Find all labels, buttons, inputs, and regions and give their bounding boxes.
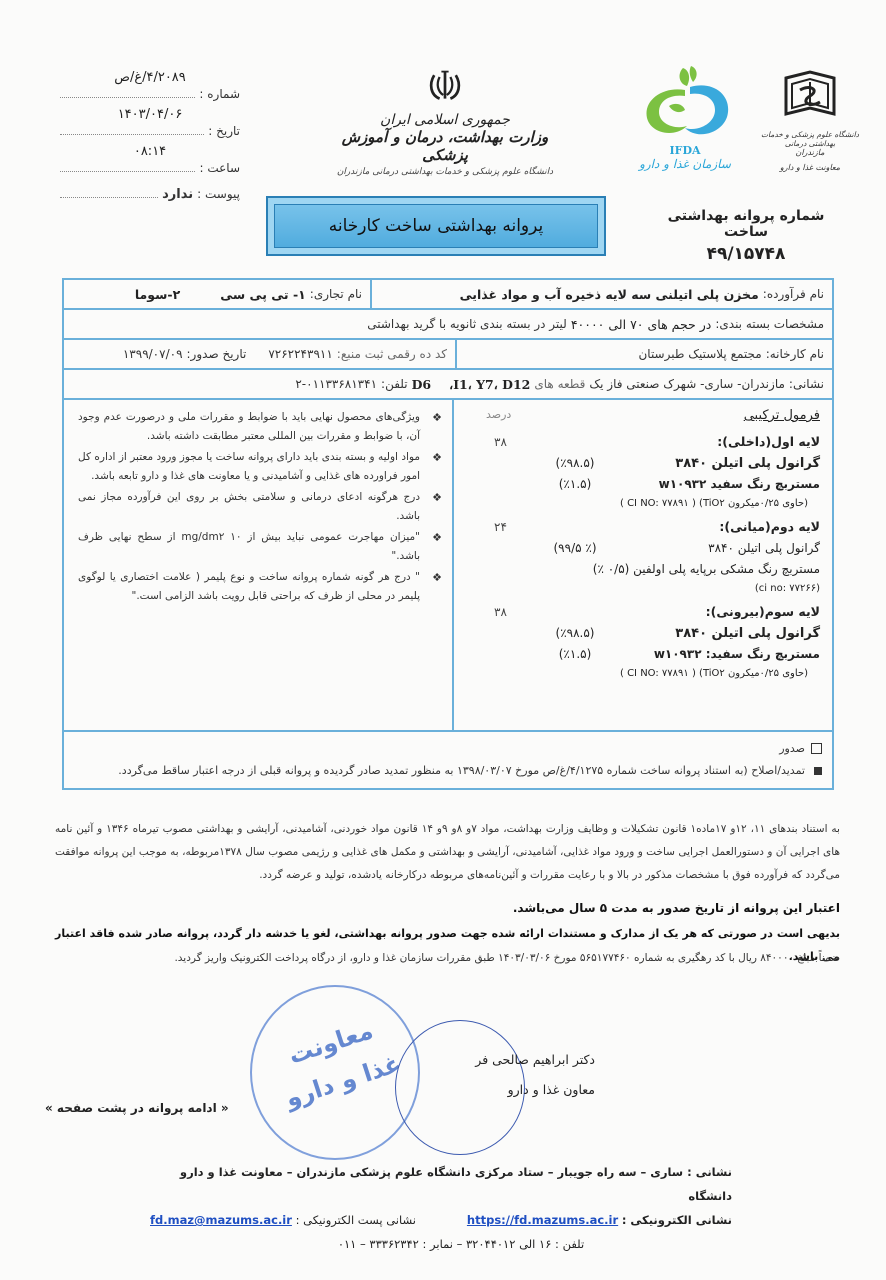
- ingredient-pct: (٪۹۸.۵): [530, 453, 620, 474]
- packaging-cell: مشخصات بسته بندی: در حجم های ۷۰ الی ۴۰۰۰…: [64, 310, 832, 338]
- validity-statement: اعتبار این پروانه از تاریخ صدور به مدت ۵…: [55, 897, 840, 920]
- composition-formula: فرمول ترکیبی درصد لایه اول(داخلی):۳۸ گرا…: [454, 400, 832, 730]
- document-title-box: پروانه بهداشتی ساخت کارخانه: [266, 196, 606, 256]
- diamond-bullet-icon: ❖: [432, 488, 442, 507]
- address-plots-value: I1، Y7، D12،: [449, 377, 530, 392]
- email-link[interactable]: fd.maz@mazums.ac.ir: [150, 1213, 292, 1227]
- layer-middle: لایه دوم(میانی):۲۴ گرانول پلی اتیلن ۳۸۴۰…: [466, 516, 820, 598]
- website-label: نشانی الکترونیکی :: [622, 1213, 732, 1227]
- checked-checkbox-icon: [814, 767, 822, 775]
- diamond-bullet-icon: ❖: [432, 448, 442, 467]
- phone-label: تلفن:: [381, 377, 408, 391]
- brand-value-1: ۱- تی پی سی: [220, 287, 306, 302]
- university-logo-icon: [782, 68, 838, 124]
- formula-and-rules-row: فرمول ترکیبی درصد لایه اول(داخلی):۳۸ گرا…: [64, 400, 832, 732]
- rule-item: ❖" درج هر گونه شماره پروانه ساخت و نوع پ…: [78, 568, 442, 606]
- university-province: مازندران: [760, 148, 860, 157]
- status-option-renewal: تمدید/اصلاح (به استناد پروانه ساخت شماره…: [74, 760, 822, 782]
- continue-note: « ادامه پروانه در پشت صفحه »: [45, 1101, 229, 1115]
- rule-item: ❖مواد اولیه و بسته بندی باید دارای پروان…: [78, 448, 442, 486]
- letter-date-label: تاریخ :: [208, 124, 240, 138]
- layer-share: ۳۸: [494, 602, 507, 623]
- ingredient-pct: (٪۱.۵): [530, 644, 620, 665]
- rule-item: ❖ویژگی‌های محصول نهایی باید با ضوابط و م…: [78, 408, 442, 446]
- footer-address: نشانی : ساری – سه راه جویبار – ستاد مرکز…: [150, 1160, 732, 1208]
- ingredient-pct: (٪۹۸.۵): [530, 623, 620, 644]
- address-plots-label: قطعه های: [534, 377, 585, 391]
- source-code-cell: کد ده رقمی ثبت منبع: ۷۲۶۲۲۴۳۹۱۱ تاریخ صد…: [64, 340, 457, 368]
- packaging-row: مشخصات بسته بندی: در حجم های ۷۰ الی ۴۰۰۰…: [64, 310, 832, 340]
- rule-item: ❖درج هرگونه ادعای درمانی و سلامتی بخش بر…: [78, 488, 442, 526]
- diamond-bullet-icon: ❖: [432, 568, 442, 587]
- signatory: دکتر ابراهیم صالحی فر معاون غذا و دارو: [395, 1045, 595, 1105]
- attachment-label: پیوست :: [197, 187, 240, 201]
- factory-row: نام کارخانه: مجتمع پلاستیک طبرستان کد ده…: [64, 340, 832, 370]
- letter-date-value: ۱۴۰۳/۰۴/۰۶: [60, 107, 240, 122]
- brand-cell: نام تجاری: ۱- تی پی سی ۲-سوما: [64, 280, 372, 308]
- letter-number-label: شماره :: [199, 87, 240, 101]
- license-number-value: ۴۹/۱۵۷۴۸: [646, 244, 846, 264]
- factory-cell: نام کارخانه: مجتمع پلاستیک طبرستان: [457, 340, 832, 368]
- university-name: دانشگاه علوم پزشکی و خدمات بهداشتی درمان…: [760, 130, 860, 148]
- ifda-logo-icon: [635, 62, 735, 140]
- regulation-rules-list: ❖ویژگی‌های محصول نهایی باید با ضوابط و م…: [64, 400, 454, 730]
- factory-value: مجتمع پلاستیک طبرستان: [638, 347, 761, 361]
- footer-phone: تلفن : ۱۶ الی ۳۲۰۴۴۰۱۲ – نمابر : ۳۳۳۶۲۳۴…: [150, 1232, 732, 1256]
- ingredient-note: (حاوی ۰/۲۵میکرون TiO۲) ( CI NO: ۷۷۸۹۱ ): [466, 495, 820, 513]
- attachment-value: ندارد: [162, 187, 193, 202]
- emblem-university: دانشگاه علوم پزشکی و خدمات بهداشتی درمان…: [330, 167, 560, 177]
- packaging-value-main: در حجم های ۷۰ الی ۴۰۰۰۰: [571, 317, 712, 332]
- packaging-value-rest: لیتر در بسته بندی ثانویه با گرید بهداشتی: [367, 317, 567, 331]
- phone-value: ۲-۰۱۱۳۳۶۸۱۳۴۱: [295, 377, 377, 391]
- product-label: نام فرآورده:: [763, 287, 824, 301]
- ingredient-name: گرانول پلی اتیلن ۳۸۴۰: [620, 538, 820, 559]
- issue-date-value: ۱۳۹۹/۰۷/۰۹: [123, 347, 183, 361]
- license-number-block: شماره پروانه بهداشتی ساخت ۴۹/۱۵۷۴۸: [646, 208, 846, 264]
- diamond-bullet-icon: ❖: [432, 408, 442, 427]
- license-details-table: نام فرآورده: مخزن پلی اتیلنی سه لایه ذخی…: [62, 278, 834, 790]
- source-code-label: کد ده رقمی ثبت منبع:: [337, 347, 447, 361]
- status-renewal-label: تمدید/اصلاح (به استناد پروانه ساخت شماره…: [118, 760, 805, 782]
- ifda-logo: IFDA سازمان غذا و دارو: [625, 62, 745, 171]
- legal-basis-paragraph: به استناد بندهای ۱۱، ۱۲و ۱۷ماده۱ قانون ت…: [55, 818, 840, 887]
- percent-header: درصد: [486, 408, 511, 423]
- address-plot-d6: D6: [412, 377, 432, 392]
- emblem-ministry: وزارت بهداشت، درمان و آموزش پزشکی: [330, 128, 560, 164]
- status-issue-label: صدور: [779, 738, 805, 760]
- license-status: صدور تمدید/اصلاح (به استناد پروانه ساخت …: [64, 732, 832, 788]
- ingredient-name: مستربچ رنگ سفید w۱۰۹۳۲: [620, 474, 820, 495]
- email-label: نشانی پست الکترونیکی :: [296, 1213, 416, 1227]
- footer-contact: نشانی : ساری – سه راه جویبار – ستاد مرکز…: [150, 1160, 732, 1256]
- ingredient-name: گرانول پلی اتیلن ۳۸۴۰: [620, 453, 820, 474]
- layer-share: ۲۴: [494, 517, 507, 538]
- ifda-en-label: IFDA: [625, 144, 745, 157]
- ingredient-name: مستربچ رنگ سفید: w۱۰۹۳۲: [620, 644, 820, 665]
- brand-label: نام تجاری:: [310, 287, 362, 301]
- iran-emblem-icon: [427, 68, 463, 104]
- factory-label: نام کارخانه:: [766, 347, 824, 361]
- diamond-bullet-icon: ❖: [432, 528, 442, 547]
- layer-name: لایه دوم(میانی):: [719, 516, 820, 537]
- layer-outer: لایه سوم(بیرونی):۳۸ گرانول پلی اتیلن ۳۸۴…: [466, 601, 820, 683]
- payment-statement: ضمناً مبلغ ۸۴۰۰۰۰ ریال با کد رهگیری به ش…: [55, 947, 840, 970]
- source-code-value: ۷۲۶۲۲۴۳۹۱۱: [268, 347, 332, 361]
- layer-share: ۳۸: [494, 432, 507, 453]
- signatory-name: دکتر ابراهیم صالحی فر: [395, 1045, 595, 1075]
- ingredient-name: مستربچ رنگ مشکی برپایه پلی اولفین (۰/۵ ٪…: [593, 559, 820, 580]
- status-option-issue: صدور: [74, 738, 822, 760]
- university-logo: دانشگاه علوم پزشکی و خدمات بهداشتی درمان…: [760, 68, 860, 172]
- ingredient-pct: (٪ ۹۹/۵): [530, 538, 620, 559]
- letter-time-label: ساعت :: [199, 161, 240, 175]
- product-value: مخزن پلی اتیلنی سه لایه ذخیره آب و مواد …: [460, 287, 759, 302]
- layer-name: لایه سوم(بیرونی):: [706, 601, 820, 622]
- unchecked-checkbox-icon: [811, 743, 822, 754]
- ministry-emblem: جمهوری اسلامی ایران وزارت بهداشت، درمان …: [330, 68, 560, 177]
- address-cell: نشانی: مازندران- ساری- شهرک صنعتی فاز یک…: [64, 370, 832, 398]
- ingredient-note: (حاوی ۰/۲۵میکرون TiO۲) ( CI NO: ۷۷۸۹۱ ): [466, 665, 820, 683]
- website-link[interactable]: https://fd.mazums.ac.ir: [467, 1213, 618, 1227]
- emblem-country: جمهوری اسلامی ایران: [330, 112, 560, 128]
- letter-time-value: ۰۸:۱۴: [60, 144, 240, 159]
- signatory-role: معاون غذا و دارو: [395, 1075, 595, 1105]
- rule-item: ❖"میزان مهاجرت عمومی نباید بیش از ۱۰ mg/…: [78, 528, 442, 566]
- letter-number-value: ۴/۲۰۸۹/غ/ص: [60, 70, 240, 85]
- issue-date-label: تاریخ صدور:: [187, 347, 247, 361]
- address-value: مازندران- ساری- شهرک صنعتی فاز یک: [589, 377, 785, 391]
- layer-inner: لایه اول(داخلی):۳۸ گرانول پلی اتیلن ۳۸۴۰…: [466, 431, 820, 513]
- letter-meta: ۴/۲۰۸۹/غ/ص شماره : ۱۴۰۳/۰۴/۰۶ تاریخ : ۰۸…: [60, 70, 240, 208]
- ingredient-pct: (٪۱.۵): [530, 474, 620, 495]
- document-title: پروانه بهداشتی ساخت کارخانه: [329, 216, 544, 236]
- product-row: نام فرآورده: مخزن پلی اتیلنی سه لایه ذخی…: [64, 280, 832, 310]
- product-cell: نام فرآورده: مخزن پلی اتیلنی سه لایه ذخی…: [372, 280, 832, 308]
- packaging-label: مشخصات بسته بندی:: [715, 317, 824, 331]
- ingredient-note: (ci no: ۷۷۲۶۶): [466, 580, 820, 598]
- layer-name: لایه اول(داخلی):: [717, 431, 820, 452]
- formula-title: فرمول ترکیبی: [744, 408, 820, 423]
- university-deputy: معاونت غذا و دارو: [760, 163, 860, 172]
- ingredient-name: گرانول پلی اتیلن ۳۸۴۰: [620, 623, 820, 644]
- address-row: نشانی: مازندران- ساری- شهرک صنعتی فاز یک…: [64, 370, 832, 400]
- license-number-label: شماره پروانه بهداشتی ساخت: [646, 208, 846, 240]
- brand-value-2: ۲-سوما: [135, 287, 180, 302]
- address-label: نشانی:: [789, 377, 824, 391]
- ifda-fa-label: سازمان غذا و دارو: [625, 157, 745, 171]
